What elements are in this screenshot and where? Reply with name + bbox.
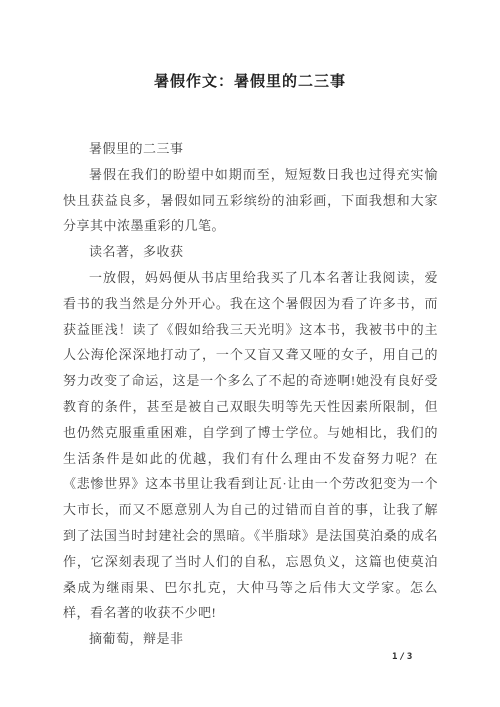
- paragraph-subtitle: 暑假里的二三事: [63, 136, 438, 162]
- paragraph-intro: 暑假在我们的盼望中如期而至，短短数日我也过得充实愉快且获益良多，暑假如同五彩缤纷…: [63, 162, 438, 239]
- document-page: 暑假作文：暑假里的二三事 暑假里的二三事 暑假在我们的盼望中如期而至，短短数日我…: [0, 0, 500, 707]
- page-number-indicator: 1/3: [392, 652, 414, 662]
- document-body: 暑假里的二三事 暑假在我们的盼望中如期而至，短短数日我也过得充实愉快且获益良多，…: [63, 136, 438, 652]
- document-title: 暑假作文：暑假里的二三事: [0, 70, 500, 91]
- paragraph-reading-body: 一放假，妈妈便从书店里给我买了几本名著让我阅读，爱看书的我当然是分外开心。我在这…: [63, 265, 438, 626]
- paragraph-section-heading-grapes: 摘葡萄，辩是非: [63, 626, 438, 652]
- paragraph-section-heading-reading: 读名著，多收获: [63, 239, 438, 265]
